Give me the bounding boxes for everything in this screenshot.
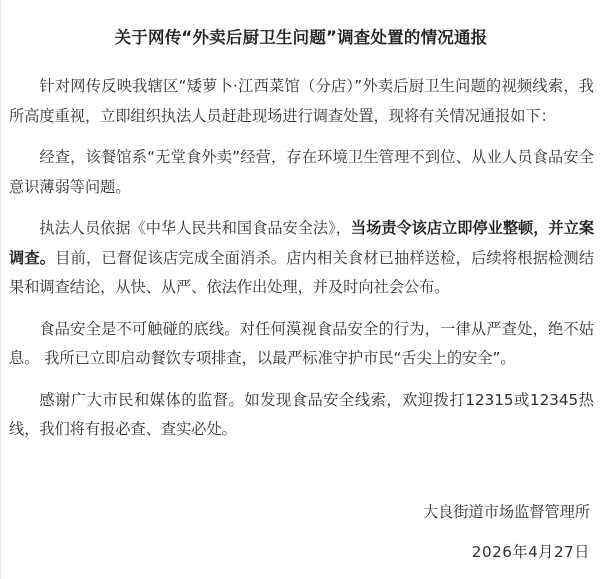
enforcement-prefix: 执法人员依据《中华人民共和国食品安全法》， — [39, 219, 351, 237]
paragraph-policy: 食品安全是不可触碰的底线。对任何漠视食品安全的行为，一律从严查处，绝不姑息。 我… — [9, 315, 594, 374]
enforcement-suffix: 目前，已督促该店完成全面消杀。店内相关食材已抽样送检，后续将根据检测结果和调查结… — [9, 249, 594, 297]
document-body: 针对网传反映我辖区“矮萝卜·江西菜馆（分店）”外卖后厨卫生问题的视频线索，我所高… — [9, 72, 594, 457]
notice-document: 关于网传“外卖后厨卫生问题”调查处置的情况通报 针对网传反映我辖区“矮萝卜·江西… — [0, 0, 600, 579]
paragraph-findings: 经查，该餐馆系“无堂食外卖”经营，存在环境卫生管理不到位、从业人员食品安全意识薄… — [9, 143, 594, 202]
paragraph-intro: 针对网传反映我辖区“矮萝卜·江西菜馆（分店）”外卖后厨卫生问题的视频线索，我所高… — [9, 72, 594, 131]
paragraph-enforcement: 执法人员依据《中华人民共和国食品安全法》，当场责令该店立即停业整顿，并立案调查。… — [9, 214, 594, 303]
paragraph-thanks: 感谢广大市民和媒体的监督。如发现食品安全线索，欢迎拨打12315或12345热线… — [9, 386, 594, 445]
document-title: 关于网传“外卖后厨卫生问题”调查处置的情况通报 — [1, 26, 600, 50]
signature-organization: 大良街道市场监督管理所 — [423, 500, 590, 524]
signature-date: 2026年4月27日 — [472, 540, 590, 564]
